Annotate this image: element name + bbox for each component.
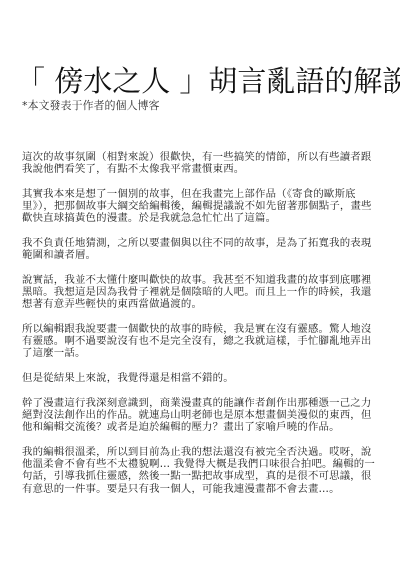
article-subtitle: *本文發表于作者的個人博客 xyxy=(22,99,160,112)
article-title: 「 傍水之人 」胡言亂語的解說 xyxy=(16,64,396,98)
paragraph: 我不負責任地猜測，之所以要畫個與以往不同的故事，是為了拓寬我的表現範圍和讀者層。 xyxy=(22,237,382,261)
paragraph: 所以編輯跟我說要畫一個歡快的故事的時候，我是實在沒有靈感。驚人地沒有靈感。啊不過… xyxy=(22,323,382,360)
paragraph: 說實話，我並不太懂什麼叫歡快的故事。我甚至不知道我畫的故事到底哪裡黑暗。我想這是… xyxy=(22,274,382,311)
paragraph: 這次的故事氛圍（相對來說）很歡快，有一些搞笑的情節，所以有些讀者跟我說他們看笑了… xyxy=(22,151,382,175)
paragraph: 我的編輯很溫柔，所以到目前為止我的想法還沒有被完全否決過。哎呀，說他溫柔會不會有… xyxy=(22,446,382,495)
paragraph: 但是從結果上來說，我覺得還是相當不錯的。 xyxy=(22,372,382,384)
paragraph: 幹了漫畫這行我深刻意識到，商業漫畫真的能讓作者創作出那種憑一己之力絕對沒法創作出… xyxy=(22,397,382,434)
paragraph: 其實我本來是想了一個別的故事，但在我畫完上部作品（《寄食的歐斯底里》），把那個故… xyxy=(22,188,382,225)
article-body: 這次的故事氛圍（相對來說）很歡快，有一些搞笑的情節，所以有些讀者跟我說他們看笑了… xyxy=(22,151,382,507)
